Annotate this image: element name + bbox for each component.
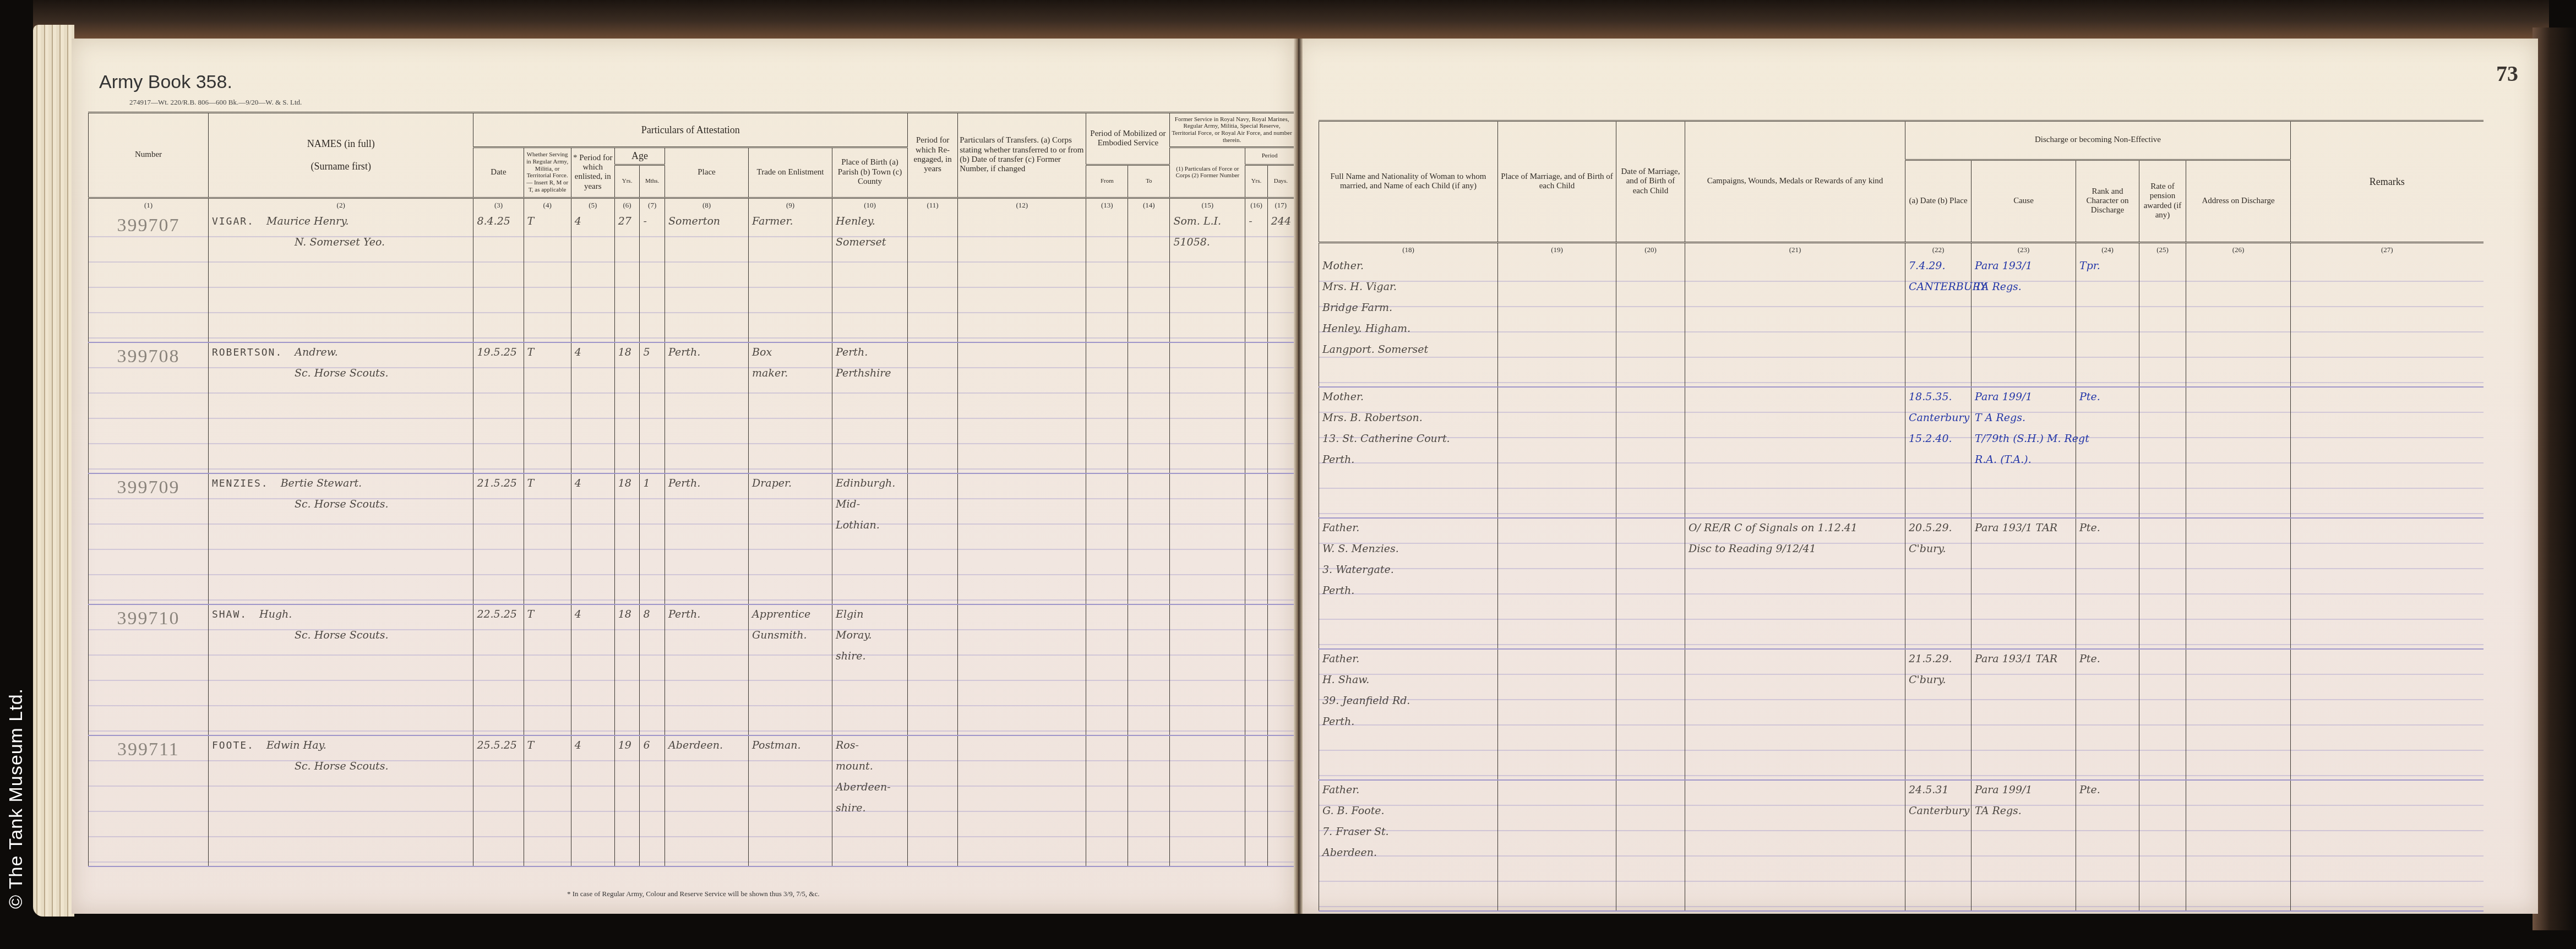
col-header-birth: Place of Birth (a) Parish (b) Town (c) C… <box>832 148 908 198</box>
service-type: T <box>524 735 571 866</box>
service-type: T <box>524 604 571 735</box>
place-of-birth: Perth.Perthshire <box>832 342 908 473</box>
former-service <box>1170 342 1245 473</box>
marriage-place <box>1498 518 1616 649</box>
discharge-rank: Pte. <box>2076 518 2139 649</box>
discharge-rank: Pte. <box>2076 387 2139 518</box>
forenames: Hugh. <box>259 608 292 620</box>
service-number: 399708 <box>89 342 209 473</box>
unit: Sc. Horse Scouts. <box>212 498 470 510</box>
group-header-mobilized: Period of Mobilized or Embodied Service <box>1086 113 1170 165</box>
col-header-place: Place <box>665 148 749 198</box>
age-years: 18 <box>614 473 640 604</box>
col-header-discharge-date-place: (a) Date (b) Place <box>1905 160 1972 243</box>
col-header-spouse: Full Name and Nationality of Woman to wh… <box>1319 121 1498 243</box>
enlisted-period: 4 <box>571 735 614 866</box>
trade: Boxmaker. <box>749 342 832 473</box>
mobilized-to <box>1128 604 1170 735</box>
pension <box>2139 518 2186 649</box>
trade: Draper. <box>749 473 832 604</box>
former-years <box>1245 342 1268 473</box>
col-header-age-yrs: Yrs. <box>614 165 640 198</box>
mobilized-to <box>1128 212 1170 342</box>
surname: FOOTE. <box>212 740 254 751</box>
discharge-address <box>2186 518 2291 649</box>
age-years: 18 <box>614 342 640 473</box>
enlisted-period: 4 <box>571 604 614 735</box>
col-header-discharge-cause: Cause <box>1972 160 2076 243</box>
ledger-row: 399709MENZIES.Bertie Stewart.Sc. Horse S… <box>89 473 1294 604</box>
attestation-date: 25.5.25 <box>473 735 524 866</box>
attestation-date: 19.5.25 <box>473 342 524 473</box>
col-header-period-enlisted: * Period for which enlisted, in years <box>571 148 614 198</box>
transfers <box>958 212 1086 342</box>
column-number-row: (18)(19) (20)(21) (22)(23) (24)(25) (26)… <box>1319 243 2484 257</box>
service-number: 399709 <box>89 473 209 604</box>
forenames: Maurice Henry. <box>266 215 349 227</box>
age-months: 8 <box>640 604 665 735</box>
pension <box>2139 387 2186 518</box>
col-header-to: To <box>1128 165 1170 198</box>
attestation-place: Perth. <box>665 342 749 473</box>
right-page: 73 Full Name and Nationality of Woman to… <box>1297 39 2538 914</box>
age-months: 5 <box>640 342 665 473</box>
mobilized-from <box>1086 342 1128 473</box>
group-header-discharge: Discharge or becoming Non-Effective <box>1905 121 2291 160</box>
next-of-kin: Mother.Mrs. B. Robertson.13. St. Catheri… <box>1319 387 1498 518</box>
unit: Sc. Horse Scouts. <box>212 367 470 379</box>
ledger-row: 399710SHAW.Hugh.Sc. Horse Scouts.22.5.25… <box>89 604 1294 735</box>
group-header-attestation: Particulars of Attestation <box>473 113 908 148</box>
next-of-kin: Father.W. S. Menzies.3. Watergate.Perth. <box>1319 518 1498 649</box>
reengaged <box>907 342 957 473</box>
reengaged <box>907 212 957 342</box>
discharge-cause: Para 199/1TA Regs. <box>1972 780 2076 911</box>
discharge-date-place: 18.5.35.Canterbury15.2.40. <box>1905 387 1972 518</box>
next-of-kin: Mother.Mrs. H. Vigar.Bridge Farm.Henley.… <box>1319 257 1498 387</box>
soldier-name: SHAW.Hugh.Sc. Horse Scouts. <box>208 604 473 735</box>
col-header-pension: Rate of pension awarded (if any) <box>2139 160 2186 243</box>
attestation-place: Perth. <box>665 473 749 604</box>
campaigns <box>1685 780 1905 911</box>
ledger-row: 399711FOOTE.Edwin Hay.Sc. Horse Scouts.2… <box>89 735 1294 866</box>
service-number: 399711 <box>89 735 209 866</box>
col-header-reengaged: Period for which Re-engaged, in years <box>907 113 957 198</box>
age-years: 18 <box>614 604 640 735</box>
attestation-date: 22.5.25 <box>473 604 524 735</box>
reengaged <box>907 604 957 735</box>
ledger-row: Father.G. B. Foote.7. Fraser St.Aberdeen… <box>1319 780 2484 911</box>
printer-line: 274917—Wt. 220/R.B. 806—600 Bk.—9/20—W. … <box>129 98 302 107</box>
service-type: T <box>524 473 571 604</box>
former-years <box>1245 735 1268 866</box>
col-header-former-corps: (1) Particulars of Force or Corps (2) Fo… <box>1170 148 1245 198</box>
soldier-name: FOOTE.Edwin Hay.Sc. Horse Scouts. <box>208 735 473 866</box>
left-ledger-table: Number NAMES (in full) (Surname first) P… <box>88 112 1294 867</box>
discharge-cause: Para 193/1 TAR <box>1972 649 2076 780</box>
place-of-birth: ElginMoray.shire. <box>832 604 908 735</box>
surname: SHAW. <box>212 609 247 620</box>
enlisted-period: 4 <box>571 473 614 604</box>
right-ledger-table: Full Name and Nationality of Woman to wh… <box>1319 120 2484 912</box>
enlisted-period: 4 <box>571 342 614 473</box>
mobilized-from <box>1086 604 1128 735</box>
age-months: 1 <box>640 473 665 604</box>
campaigns: O/ RE/R C of Signals on 1.12.41Disc to R… <box>1685 518 1905 649</box>
marriage-place <box>1498 649 1616 780</box>
discharge-address <box>2186 387 2291 518</box>
next-of-kin: Father.H. Shaw.39. Jeanfield Rd.Perth. <box>1319 649 1498 780</box>
footnote: * In case of Regular Army, Colour and Re… <box>567 890 819 898</box>
former-days <box>1267 604 1294 735</box>
campaigns <box>1685 387 1905 518</box>
attestation-place: Somerton <box>665 212 749 342</box>
col-header-discharge-rank: Rank and Character on Discharge <box>2076 160 2139 243</box>
discharge-cause: Para 193/1 TAR <box>1972 518 2076 649</box>
page-edges <box>33 25 74 917</box>
page-number: 73 <box>2496 61 2518 86</box>
mobilized-to <box>1128 342 1170 473</box>
transfers <box>958 735 1086 866</box>
place-of-birth: Ros-mount.Aberdeen-shire. <box>832 735 908 866</box>
surname: ROBERTSON. <box>212 347 282 358</box>
service-number: 399707 <box>89 212 209 342</box>
mobilized-from <box>1086 212 1128 342</box>
reengaged <box>907 473 957 604</box>
discharge-date-place: 7.4.29.CANTERBURY <box>1905 257 1972 387</box>
soldier-name: ROBERTSON.Andrew.Sc. Horse Scouts. <box>208 342 473 473</box>
col-header-former-days: Days. <box>1267 165 1294 198</box>
former-days <box>1267 473 1294 604</box>
marriage-date <box>1616 649 1685 780</box>
attestation-place: Aberdeen. <box>665 735 749 866</box>
marriage-date <box>1616 387 1685 518</box>
left-page: Army Book 358. 274917—Wt. 220/R.B. 806—6… <box>72 39 1294 914</box>
col-header-serving-in: Whether Serving in Regular Army, Militia… <box>524 148 571 198</box>
unit: N. Somerset Yeo. <box>212 236 470 248</box>
column-number-row: (1)(2) (3)(4) (5)(6) (7)(8) (9)(10) (11)… <box>89 198 1294 212</box>
attestation-place: Perth. <box>665 604 749 735</box>
surname: VIGAR. <box>212 216 254 227</box>
col-header-number: Number <box>89 113 209 198</box>
campaigns <box>1685 649 1905 780</box>
forenames: Bertie Stewart. <box>281 477 362 489</box>
unit: Sc. Horse Scouts. <box>212 629 470 641</box>
mobilized-to <box>1128 735 1170 866</box>
ledger-row: Mother.Mrs. B. Robertson.13. St. Catheri… <box>1319 387 2484 518</box>
mobilized-to <box>1128 473 1170 604</box>
group-header-former-period: Period <box>1245 148 1294 165</box>
col-header-campaigns: Campaigns, Wounds, Medals or Rewards of … <box>1685 121 1905 243</box>
col-header-discharge-address: Address on Discharge <box>2186 160 2291 243</box>
book-gutter <box>1294 39 1303 914</box>
soldier-name: VIGAR.Maurice Henry.N. Somerset Yeo. <box>208 212 473 342</box>
discharge-rank: Tpr. <box>2076 257 2139 387</box>
trade: Postman. <box>749 735 832 866</box>
discharge-date-place: 21.5.29.C'bury. <box>1905 649 1972 780</box>
marriage-place <box>1498 257 1616 387</box>
former-days: 244 <box>1267 212 1294 342</box>
age-years: 27 <box>614 212 640 342</box>
discharge-address <box>2186 257 2291 387</box>
age-years: 19 <box>614 735 640 866</box>
ledger-spread: Army Book 358. 274917—Wt. 220/R.B. 806—6… <box>72 39 2538 914</box>
unit: Sc. Horse Scouts. <box>212 760 470 772</box>
former-service <box>1170 604 1245 735</box>
pension <box>2139 780 2186 911</box>
transfers <box>958 342 1086 473</box>
surname: MENZIES. <box>212 478 269 489</box>
trade: Farmer. <box>749 212 832 342</box>
former-service <box>1170 735 1245 866</box>
discharge-address <box>2186 780 2291 911</box>
forenames: Edwin Hay. <box>266 739 326 751</box>
place-of-birth: Henley.Somerset <box>832 212 908 342</box>
former-service: Som. L.I.51058. <box>1170 212 1245 342</box>
col-header-remarks: Remarks <box>2291 121 2484 243</box>
book-cover-top <box>33 0 2549 39</box>
book-title: Army Book 358. <box>99 72 232 93</box>
ledger-row: 399708ROBERTSON.Andrew.Sc. Horse Scouts.… <box>89 342 1294 473</box>
discharge-address <box>2186 649 2291 780</box>
former-years <box>1245 604 1268 735</box>
reengaged <box>907 735 957 866</box>
book-cover-right <box>2533 28 2576 930</box>
service-type: T <box>524 212 571 342</box>
former-years: - <box>1245 212 1268 342</box>
attestation-date: 21.5.25 <box>473 473 524 604</box>
discharge-rank: Pte. <box>2076 649 2139 780</box>
group-header-age: Age <box>614 148 665 165</box>
pension <box>2139 257 2186 387</box>
age-months: - <box>640 212 665 342</box>
col-header-marriage-place: Place of Marriage, and of Birth of each … <box>1498 121 1616 243</box>
attestation-date: 8.4.25 <box>473 212 524 342</box>
discharge-date-place: 24.5.31Canterbury <box>1905 780 1972 911</box>
place-of-birth: Edinburgh.Mid-Lothian. <box>832 473 908 604</box>
remarks <box>2291 387 2484 518</box>
next-of-kin: Father.G. B. Foote.7. Fraser St.Aberdeen… <box>1319 780 1498 911</box>
col-header-age-mths: Mths. <box>640 165 665 198</box>
col-header-date: Date <box>473 148 524 198</box>
discharge-cause: Para 199/1T A Regs.T/79th (S.H.) M. Regt… <box>1972 387 2076 518</box>
marriage-date <box>1616 518 1685 649</box>
pension <box>2139 649 2186 780</box>
marriage-place <box>1498 387 1616 518</box>
enlisted-period: 4 <box>571 212 614 342</box>
discharge-rank: Pte. <box>2076 780 2139 911</box>
forenames: Andrew. <box>295 346 338 358</box>
service-number: 399710 <box>89 604 209 735</box>
col-header-trade: Trade on Enlistment <box>749 148 832 198</box>
remarks <box>2291 780 2484 911</box>
service-type: T <box>524 342 571 473</box>
former-service <box>1170 473 1245 604</box>
left-ledger-rows: 399707VIGAR.Maurice Henry.N. Somerset Ye… <box>89 212 1294 866</box>
group-header-former-service: Former Service in Royal Navy, Royal Mari… <box>1170 113 1294 148</box>
former-years <box>1245 473 1268 604</box>
mobilized-from <box>1086 735 1128 866</box>
col-header-names: NAMES (in full) (Surname first) <box>208 113 473 198</box>
discharge-cause: Para 193/1TA Regs. <box>1972 257 2076 387</box>
trade: ApprenticeGunsmith. <box>749 604 832 735</box>
copyright-credit: © The Tank Museum Ltd. <box>0 650 33 947</box>
campaigns <box>1685 257 1905 387</box>
col-header-former-yrs: Yrs. <box>1245 165 1268 198</box>
transfers <box>958 604 1086 735</box>
marriage-date <box>1616 257 1685 387</box>
ledger-row: 399707VIGAR.Maurice Henry.N. Somerset Ye… <box>89 212 1294 342</box>
former-days <box>1267 735 1294 866</box>
former-days <box>1267 342 1294 473</box>
age-months: 6 <box>640 735 665 866</box>
right-ledger-rows: Mother.Mrs. H. Vigar.Bridge Farm.Henley.… <box>1319 257 2484 911</box>
discharge-date-place: 20.5.29.C'bury. <box>1905 518 1972 649</box>
marriage-date <box>1616 780 1685 911</box>
ledger-row: Father.H. Shaw.39. Jeanfield Rd.Perth.21… <box>1319 649 2484 780</box>
col-header-transfers: Particulars of Transfers. (a) Corps stat… <box>958 113 1086 198</box>
col-header-from: From <box>1086 165 1128 198</box>
remarks <box>2291 649 2484 780</box>
marriage-place <box>1498 780 1616 911</box>
col-header-marriage-date: Date of Marriage, and of Birth of each C… <box>1616 121 1685 243</box>
mobilized-from <box>1086 473 1128 604</box>
ledger-row: Father.W. S. Menzies.3. Watergate.Perth.… <box>1319 518 2484 649</box>
soldier-name: MENZIES.Bertie Stewart.Sc. Horse Scouts. <box>208 473 473 604</box>
remarks <box>2291 257 2484 387</box>
ledger-row: Mother.Mrs. H. Vigar.Bridge Farm.Henley.… <box>1319 257 2484 387</box>
transfers <box>958 473 1086 604</box>
remarks <box>2291 518 2484 649</box>
